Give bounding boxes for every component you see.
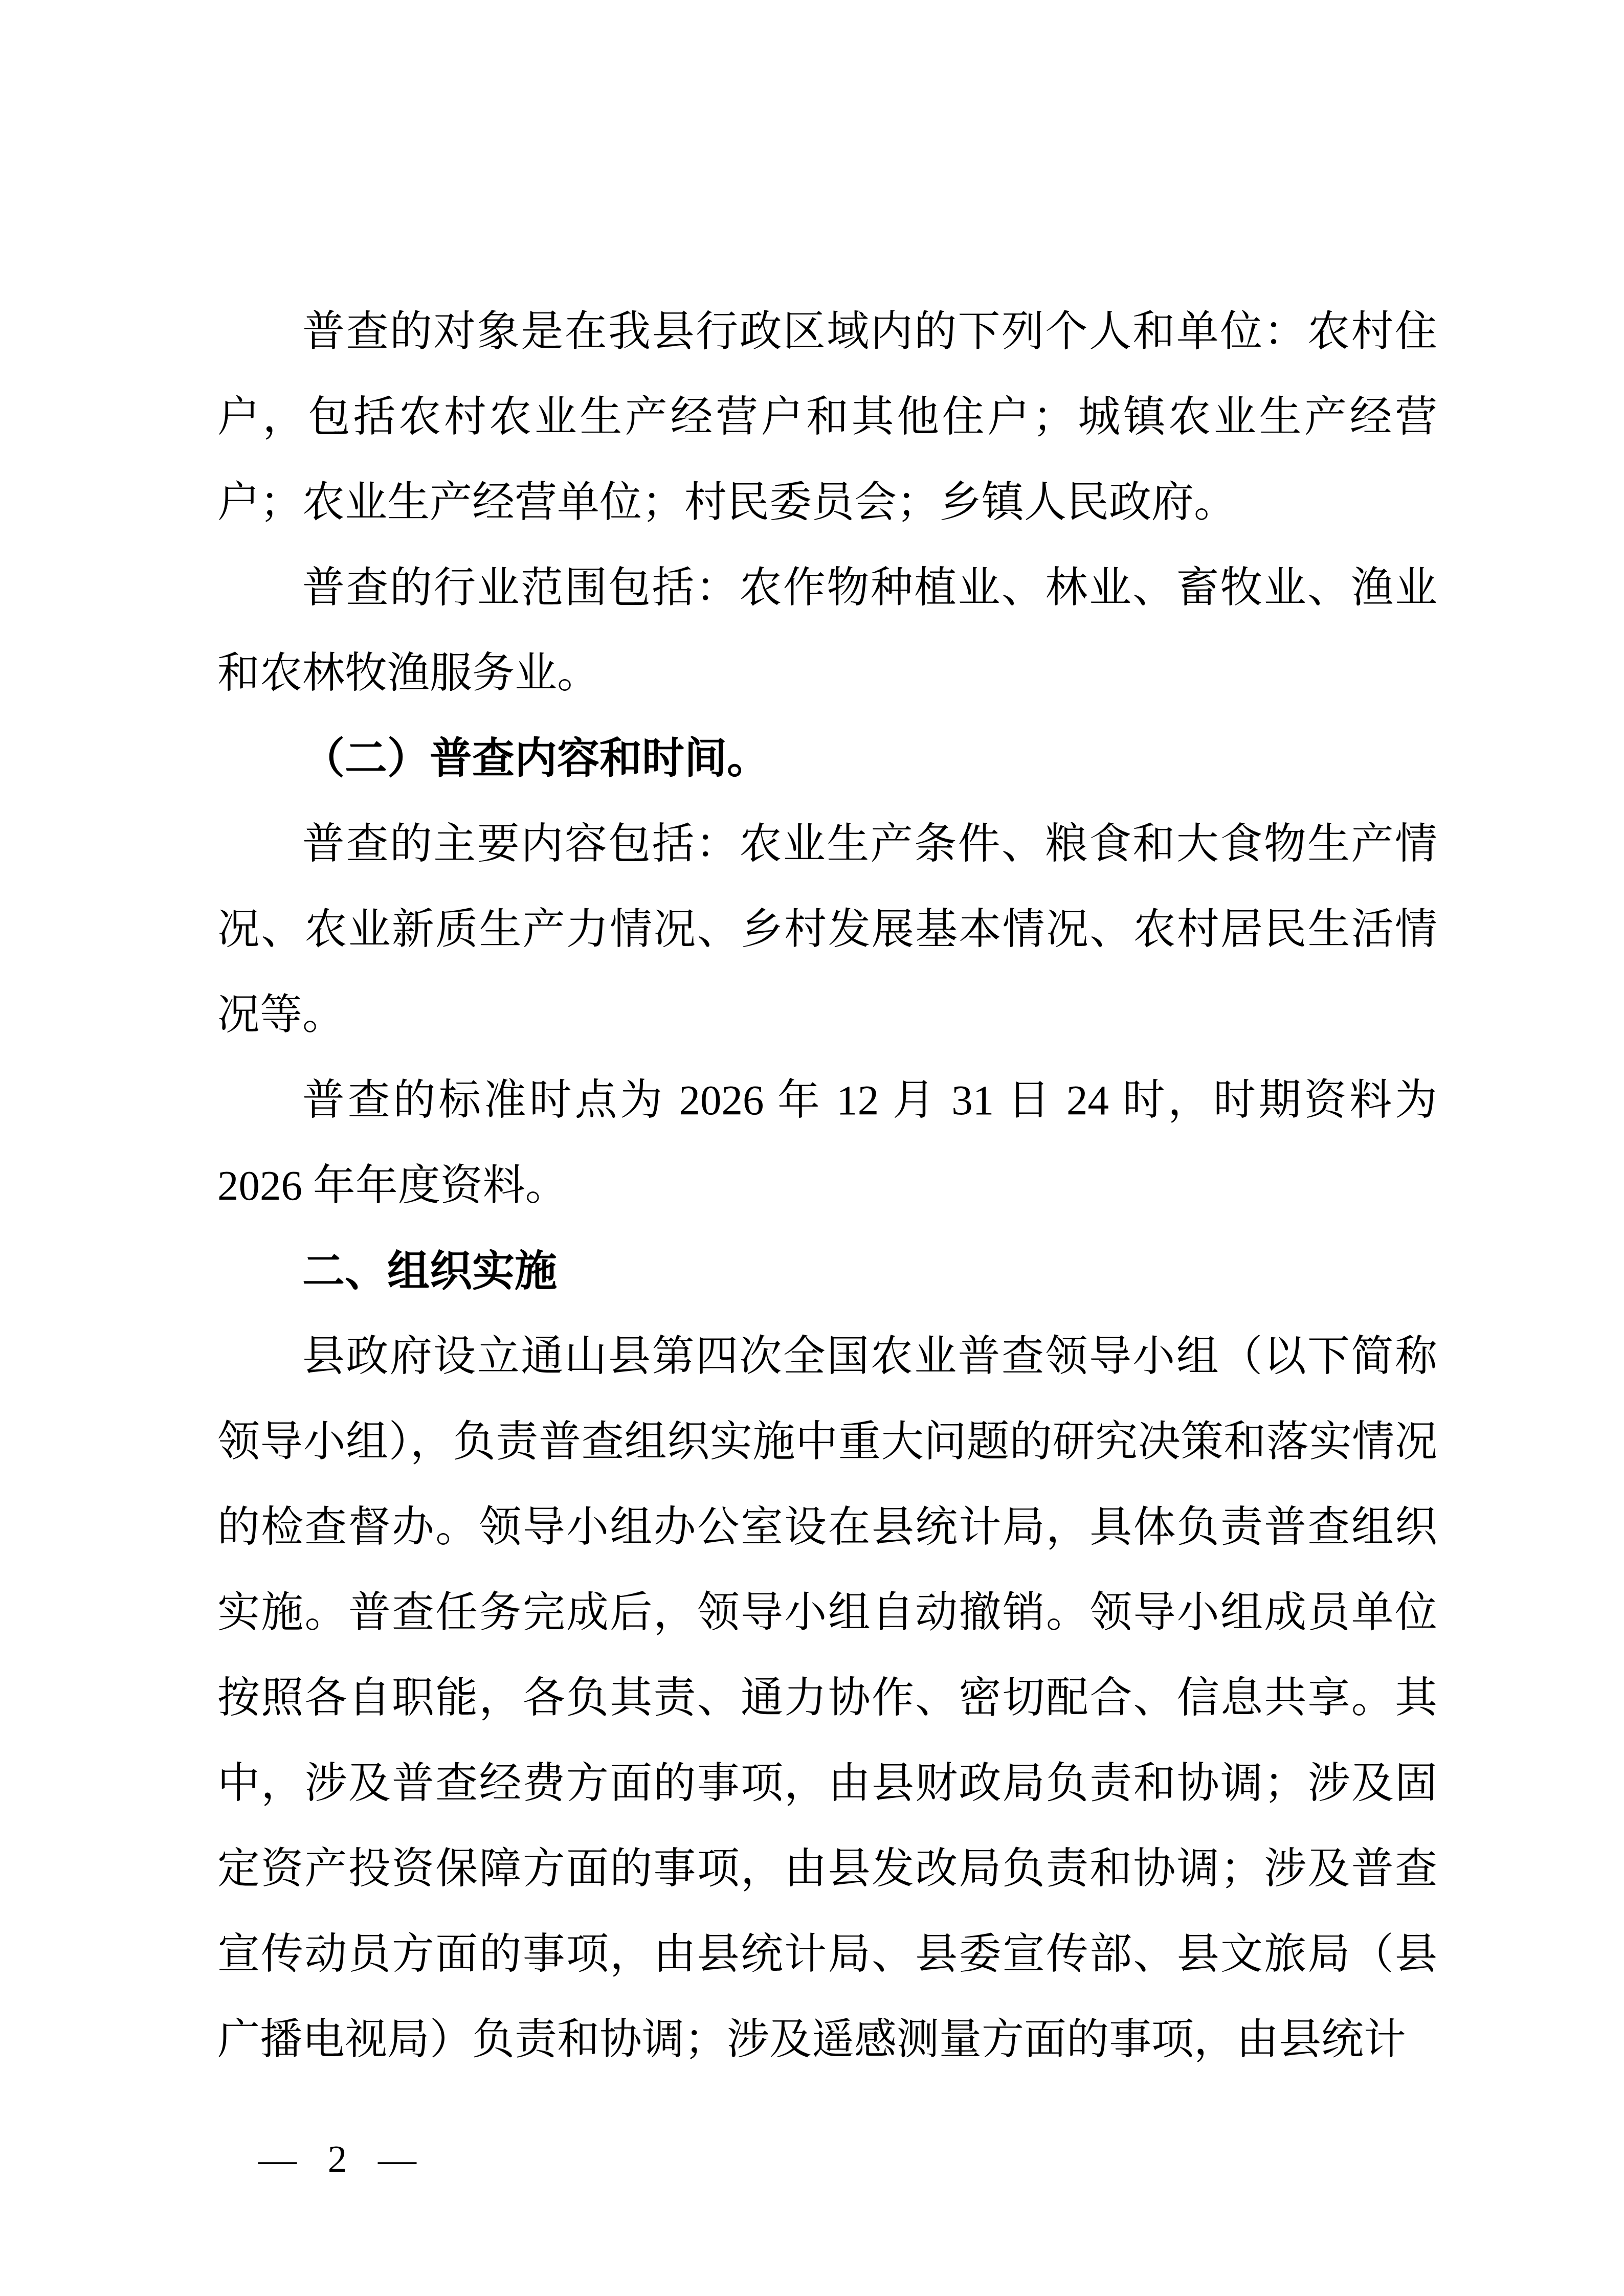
paragraph-leading-group-setup: 县政府设立通山县第四次全国农业普查领导小组（以下简称领导小组），负责普查组织实施… bbox=[217, 1314, 1437, 2082]
document-page: 普查的对象是在我县行政区域内的下列个人和单位：农村住户，包括农村农业生产经营户和… bbox=[0, 0, 1624, 2296]
paragraph-census-targets: 普查的对象是在我县行政区域内的下列个人和单位：农村住户，包括农村农业生产经营户和… bbox=[217, 289, 1437, 545]
paragraph-census-reference-time: 普查的标准时点为 2026 年 12 月 31 日 24 时，时期资料为 202… bbox=[217, 1057, 1437, 1228]
paragraph-census-main-content: 普查的主要内容包括：农业生产条件、粮食和大食物生产情况、农业新质生产力情况、乡村… bbox=[217, 801, 1437, 1057]
paragraph-census-industry-scope: 普查的行业范围包括：农作物种植业、林业、畜牧业、渔业和农林牧渔服务业。 bbox=[217, 545, 1437, 716]
subheading-census-content-and-time: （二）普查内容和时间。 bbox=[217, 716, 1437, 801]
document-body: 普查的对象是在我县行政区域内的下列个人和单位：农村住户，包括农村农业生产经营户和… bbox=[217, 289, 1437, 2082]
page-number: — 2 — bbox=[258, 2136, 427, 2182]
heading-organization-implementation: 二、组织实施 bbox=[217, 1228, 1437, 1314]
